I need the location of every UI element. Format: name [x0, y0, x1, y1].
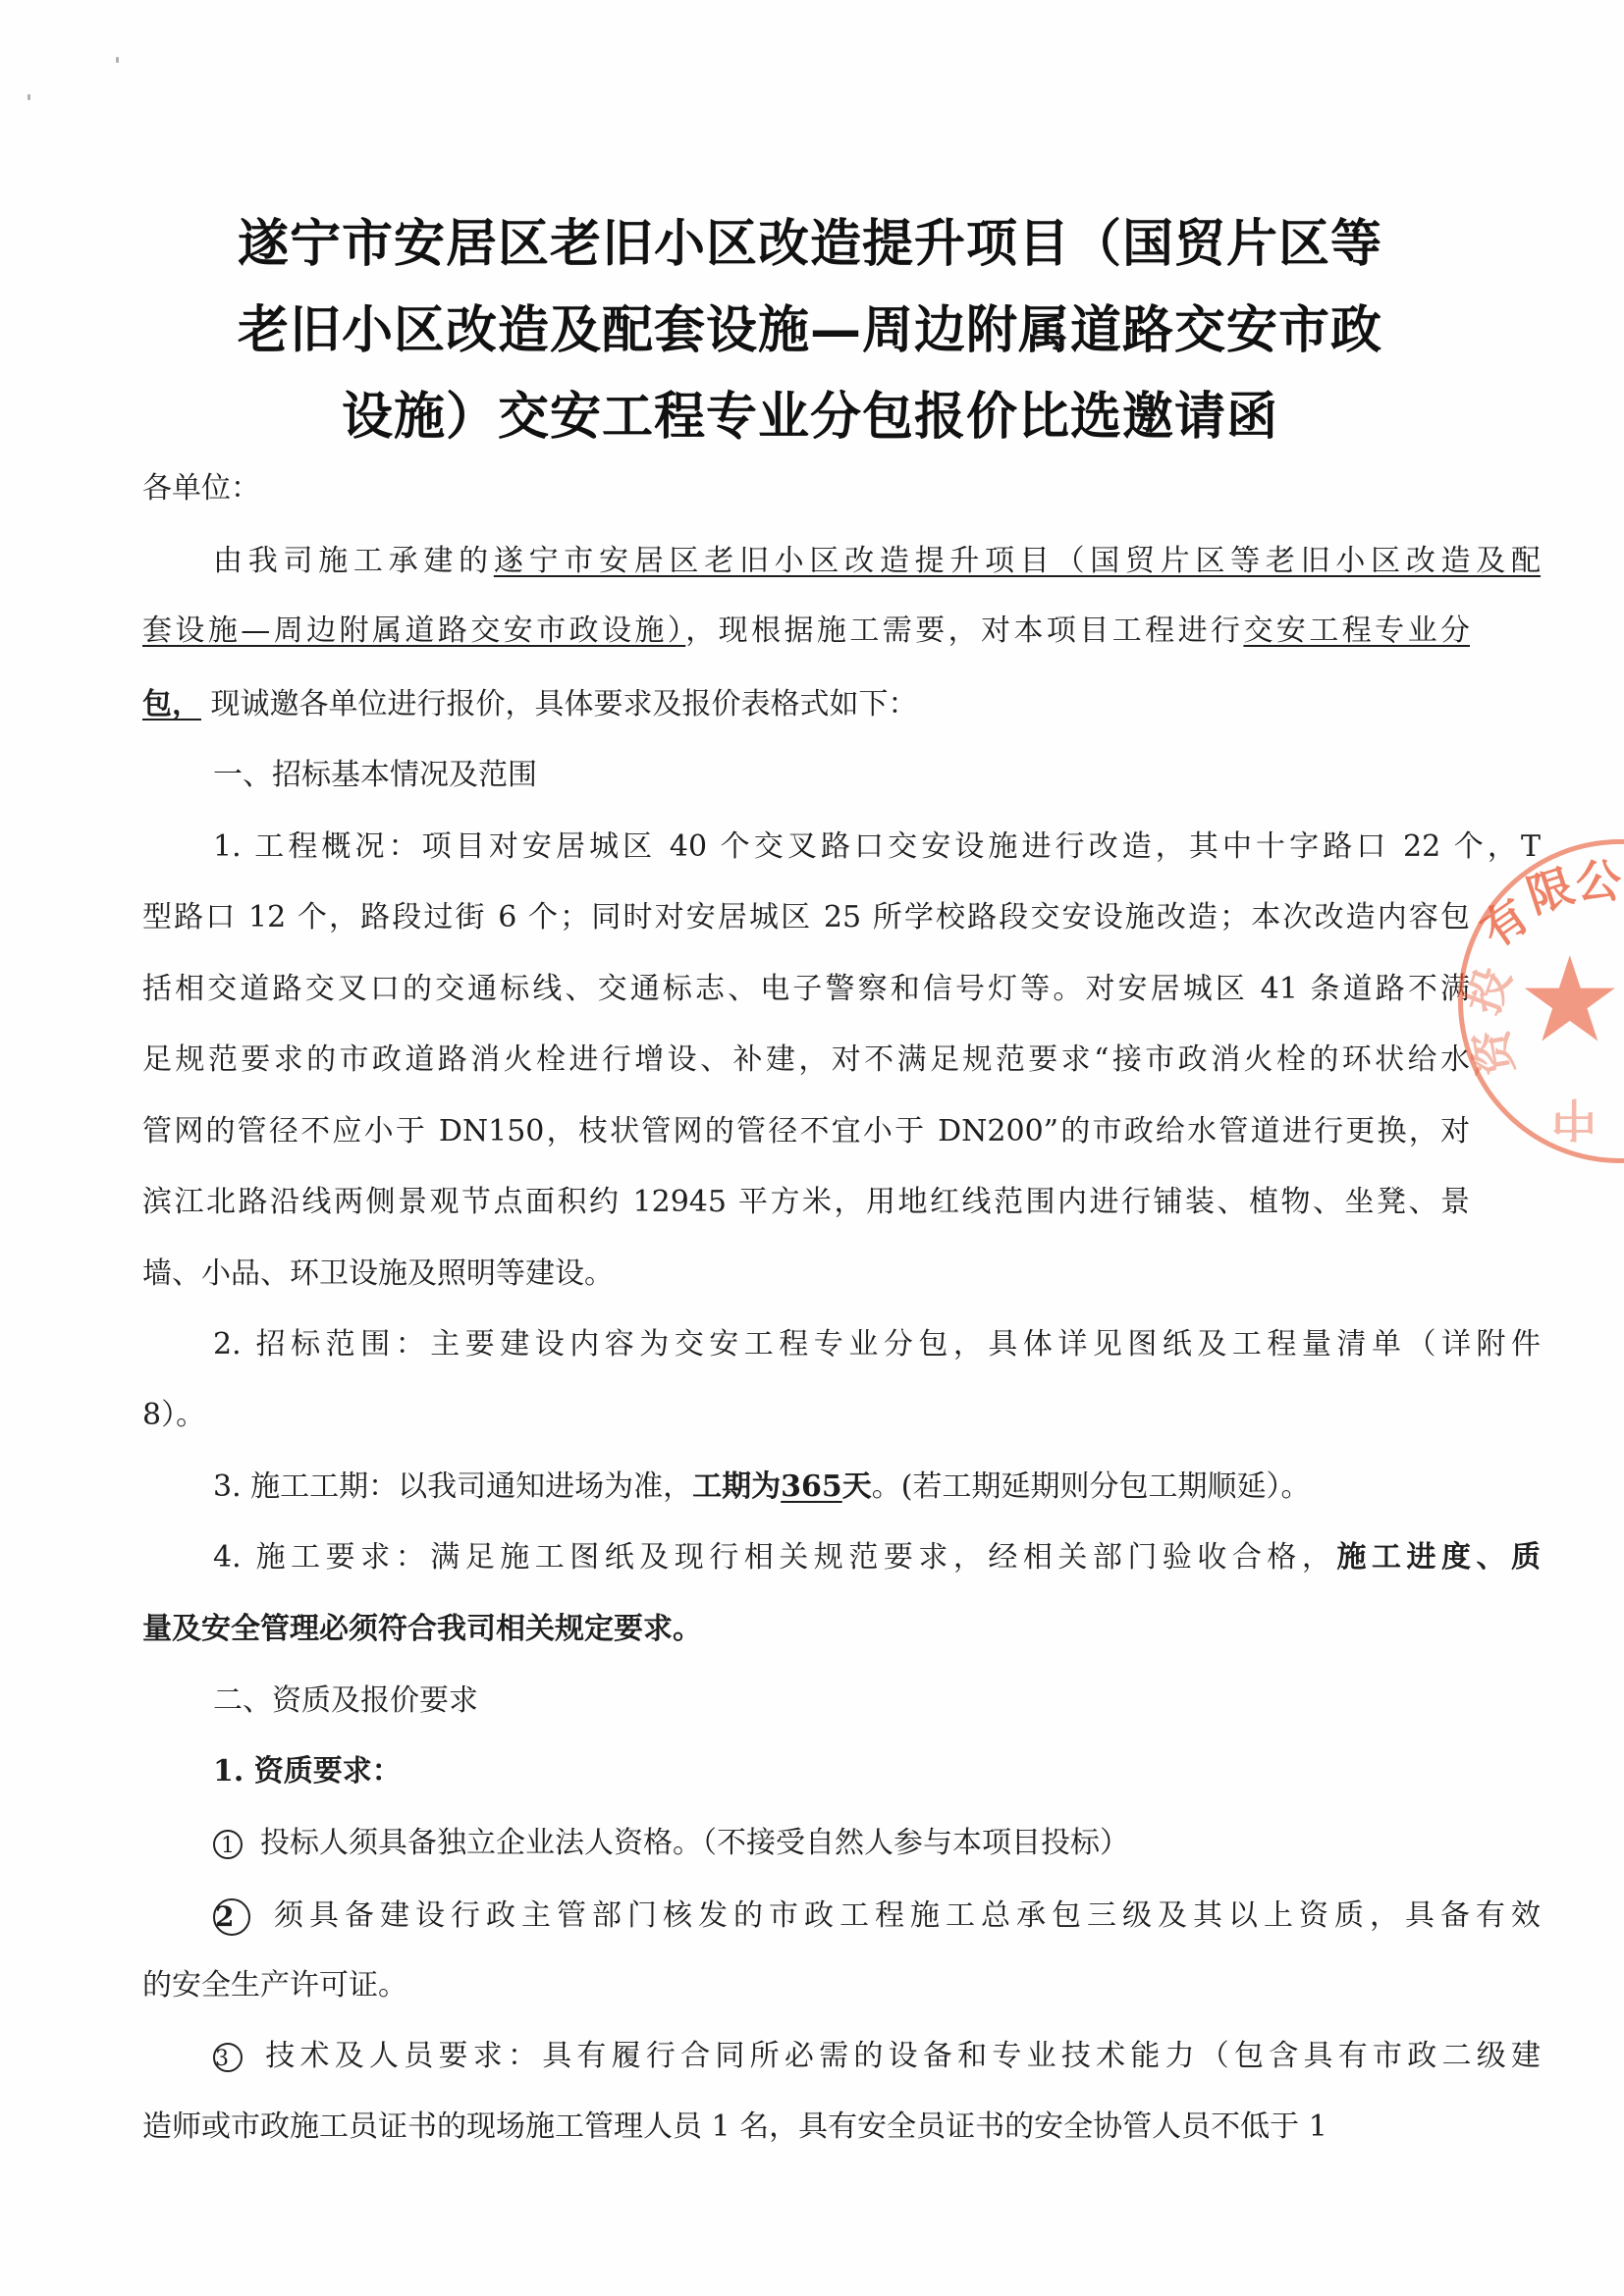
requirement-1: 1投标人须具备独立企业法人资格。（不接受自然人参与本项目投标） [142, 1824, 1129, 1863]
requirement-3-line-1: 3技术及人员要求：具有履行合同所必需的设备和专业技术能力（包含具有市政二级建 [142, 2037, 1541, 2076]
document-page: 遂宁市安居区老旧小区改造提升项目（国贸片区等 老旧小区改造及配套设施—周边附属道… [0, 0, 1624, 2296]
project-name-part-1: 遂宁市安居区老旧小区改造提升项目（国贸片区等老旧小区改造及配 [494, 544, 1541, 578]
requirement-1-text: 投标人须具备独立企业法人资格。（不接受自然人参与本项目投标） [260, 1826, 1129, 1860]
subcontract-type-part-1: 交安工程专业分 [1243, 614, 1470, 648]
scan-speck [27, 94, 30, 100]
subcontract-type-part-2: 包， [142, 687, 201, 721]
intro-line-3: 包， 现诚邀各单位进行报价，具体要求及报价表格式如下： [142, 685, 918, 724]
item1-line-5: 管网的管径不应小于 DN150，枝状管网的管径不宜小于 DN200”的市政给水管… [142, 1112, 1470, 1151]
item1-line-7: 墙、小品、环卫设施及照明等建设。 [142, 1255, 614, 1294]
project-name-part-2: 套设施—周边附属道路交安市政设施） [142, 614, 685, 648]
intro-invitation: 现诚邀各单位进行报价，具体要求及报价表格式如下： [201, 687, 918, 721]
seal-star-icon: ★ [1517, 942, 1623, 1060]
qualification-heading: 1. 资质要求： [142, 1752, 402, 1791]
schedule-label: 工期为 [692, 1469, 781, 1504]
requirement-2-line-2: 的安全生产许可证。 [142, 1966, 407, 2005]
item1-line-4: 足规范要求的市政道路消火栓进行增设、补建，对不满足规范要求“接市政消火栓的环状给… [142, 1041, 1470, 1080]
requirement-2-text: 须具备建设行政主管部门核发的市政工程施工总承包三级及其以上资质，具备有效 [268, 1898, 1541, 1933]
seal-char: 中 [1551, 1090, 1597, 1154]
item2-line-1: 2. 招标范围：主要建设内容为交安工程专业分包，具体详见图纸及工程量清单（详附件 [142, 1325, 1541, 1364]
requirement-bold-1: 施工进度、质 [1336, 1540, 1541, 1575]
circled-number-3: 3 [213, 2043, 243, 2072]
item1-line-1: 1. 工程概况：项目对安居城区 40 个交叉路口交安设施进行改造，其中十字路口 … [142, 828, 1541, 867]
item4-line-2: 量及安全管理必须符合我司相关规定要求。 [142, 1610, 702, 1649]
schedule-prefix: 3. 施工工期：以我司通知进场为准， [213, 1469, 692, 1504]
intro-prefix: 由我司施工承建的 [213, 544, 494, 578]
schedule-unit: 天 [842, 1469, 872, 1504]
intro-middle: ，现根据施工需要，对本项目工程进行 [685, 614, 1243, 648]
section-1-heading: 一、招标基本情况及范围 [142, 756, 537, 795]
item2-line-2: 8）。 [142, 1396, 205, 1435]
circled-number-2: 2 [213, 1898, 250, 1936]
scan-speck [116, 57, 119, 63]
item3-line: 3. 施工工期：以我司通知进场为准，工期为365天。(若工期延期则分包工期顺延）… [142, 1468, 1311, 1507]
schedule-suffix: 。(若工期延期则分包工期顺延）。 [872, 1469, 1311, 1504]
item1-line-2: 型路口 12 个，路段过街 6 个；同时对安居城区 25 所学校路段交安设施改造… [142, 898, 1470, 937]
requirement-3-line-2: 造师或市政施工员证书的现场施工管理人员 1 名，具有安全员证书的安全协管人员不低… [142, 2108, 1327, 2147]
requirement-3-text: 技术及人员要求：具有履行合同所必需的设备和专业技术能力（包含具有市政二级建 [260, 2039, 1541, 2073]
seal-char: 公 [1576, 846, 1621, 911]
item1-line-6: 滨江北路沿线两侧景观节点面积约 12945 平方米，用地红线范围内进行铺装、植物… [142, 1183, 1470, 1222]
circled-number-1: 1 [213, 1830, 243, 1859]
requirement-prefix: 4. 施工要求：满足施工图纸及现行相关规范要求，经相关部门验收合格， [213, 1540, 1336, 1575]
salutation: 各单位： [142, 469, 260, 508]
intro-line-1: 由我司施工承建的遂宁市安居区老旧小区改造提升项目（国贸片区等老旧小区改造及配 [142, 542, 1541, 581]
requirement-2-line-1: 2须具备建设行政主管部门核发的市政工程施工总承包三级及其以上资质，具备有效 [142, 1896, 1541, 1936]
title-line-1: 遂宁市安居区老旧小区改造提升项目（国贸片区等 [137, 201, 1483, 288]
item4-line-1: 4. 施工要求：满足施工图纸及现行相关规范要求，经相关部门验收合格，施工进度、质 [142, 1538, 1541, 1577]
item1-line-3: 括相交道路交叉口的交通标线、交通标志、电子警察和信号灯等。对安居城区 41 条道… [142, 970, 1470, 1009]
schedule-days: 365 [781, 1469, 842, 1504]
intro-line-2: 套设施—周边附属道路交安市政设施），现根据施工需要，对本项目工程进行交安工程专业… [142, 612, 1470, 651]
section-2-heading: 二、资质及报价要求 [142, 1682, 478, 1721]
document-title: 遂宁市安居区老旧小区改造提升项目（国贸片区等 老旧小区改造及配套设施—周边附属道… [137, 201, 1483, 460]
title-line-2: 老旧小区改造及配套设施—周边附属道路交安市政 [137, 288, 1483, 374]
title-line-3: 设施）交安工程专业分包报价比选邀请函 [137, 374, 1483, 460]
